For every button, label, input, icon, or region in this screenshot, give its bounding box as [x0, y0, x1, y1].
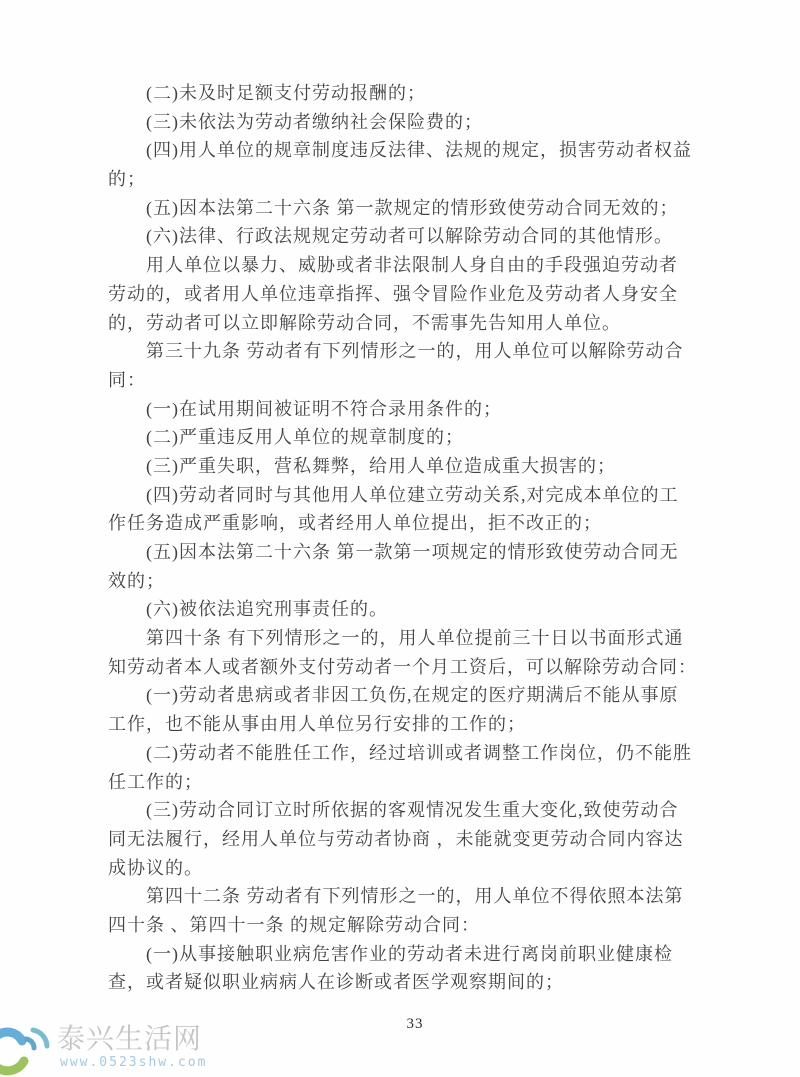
text-line: (一)在试用期间被证明不符合录用条件的； [108, 395, 700, 424]
document-page: (二)未及时足额支付劳动报酬的；(三)未依法为劳动者缴纳社会保险费的；(四)用人… [0, 0, 800, 1077]
text-line: (五)因本法第二十六条 第一款规定的情形致使劳动合同无效的； [108, 194, 700, 223]
text-line: 任工作的； [108, 768, 700, 797]
text-line: 效的； [108, 567, 700, 596]
text-line: (五)因本法第二十六条 第一款第一项规定的情形致使劳动合同无 [108, 538, 700, 567]
text-line: (三)劳动合同订立时所依据的客观情况发生重大变化,致使劳动合 [108, 796, 700, 825]
text-line: 知劳动者本人或者额外支付劳动者一个月工资后，可以解除劳动合同： [108, 653, 700, 682]
text-line: 同无法履行，经用人单位与劳动者协商 ，未能就变更劳动合同内容达 [108, 825, 700, 854]
text-line: 四十条 、第四十一条 的规定解除劳动合同： [108, 911, 700, 940]
site-url-text: www.0523shw.com [60, 1055, 207, 1070]
text-line: (二)严重违反用人单位的规章制度的； [108, 423, 700, 452]
site-name-text: 泰兴生活网 [57, 1024, 202, 1054]
text-line: 作任务造成严重影响，或者经用人单位提出，拒不改正的； [108, 509, 700, 538]
text-line: (六)被依法追究刑事责任的。 [108, 595, 700, 624]
text-line: 劳动的，或者用人单位违章指挥、强令冒险作业危及劳动者人身安全 [108, 280, 700, 309]
site-watermark-logo: 泰兴生活网 www.0523shw.com [0, 1018, 230, 1077]
text-line: 第三十九条 劳动者有下列情形之一的，用人单位可以解除劳动合 [108, 337, 700, 366]
text-line: (一)劳动者患病或者非因工负伤,在规定的医疗期满后不能从事原 [108, 681, 700, 710]
text-line: 工作，也不能从事由用人单位另行安排的工作的； [108, 710, 700, 739]
page-number: 33 [407, 1016, 424, 1033]
text-line: (一)从事接触职业病危害作业的劳动者未进行离岗前职业健康检 [108, 940, 700, 969]
swoosh-signal-logo-icon [0, 1018, 59, 1077]
text-line: 用人单位以暴力、威胁或者非法限制人身自由的手段强迫劳动者 [108, 251, 700, 280]
text-line: 第四十条 有下列情形之一的，用人单位提前三十日以书面形式通 [108, 624, 700, 653]
text-line: (三)未依法为劳动者缴纳社会保险费的； [108, 108, 700, 137]
text-line: (六)法律、行政法规规定劳动者可以解除劳动合同的其他情形。 [108, 222, 700, 251]
text-line: (四)劳动者同时与其他用人单位建立劳动关系,对完成本单位的工 [108, 481, 700, 510]
text-line: 的，劳动者可以立即解除劳动合同，不需事先告知用人单位。 [108, 309, 700, 338]
text-line: (二)劳动者不能胜任工作，经过培训或者调整工作岗位，仍不能胜 [108, 739, 700, 768]
text-line: 同： [108, 366, 700, 395]
text-line: (二)未及时足额支付劳动报酬的； [108, 79, 700, 108]
text-line: 查，或者疑似职业病病人在诊断或者医学观察期间的； [108, 968, 700, 997]
document-body-text: (二)未及时足额支付劳动报酬的；(三)未依法为劳动者缴纳社会保险费的；(四)用人… [108, 79, 700, 997]
text-line: 第四十二条 劳动者有下列情形之一的，用人单位不得依照本法第 [108, 882, 700, 911]
text-line: 成协议的。 [108, 854, 700, 883]
text-line: 的； [108, 165, 700, 194]
text-line: (三)严重失职，营私舞弊，给用人单位造成重大损害的； [108, 452, 700, 481]
text-line: (四)用人单位的规章制度违反法律、法规的规定，损害劳动者权益 [108, 136, 700, 165]
